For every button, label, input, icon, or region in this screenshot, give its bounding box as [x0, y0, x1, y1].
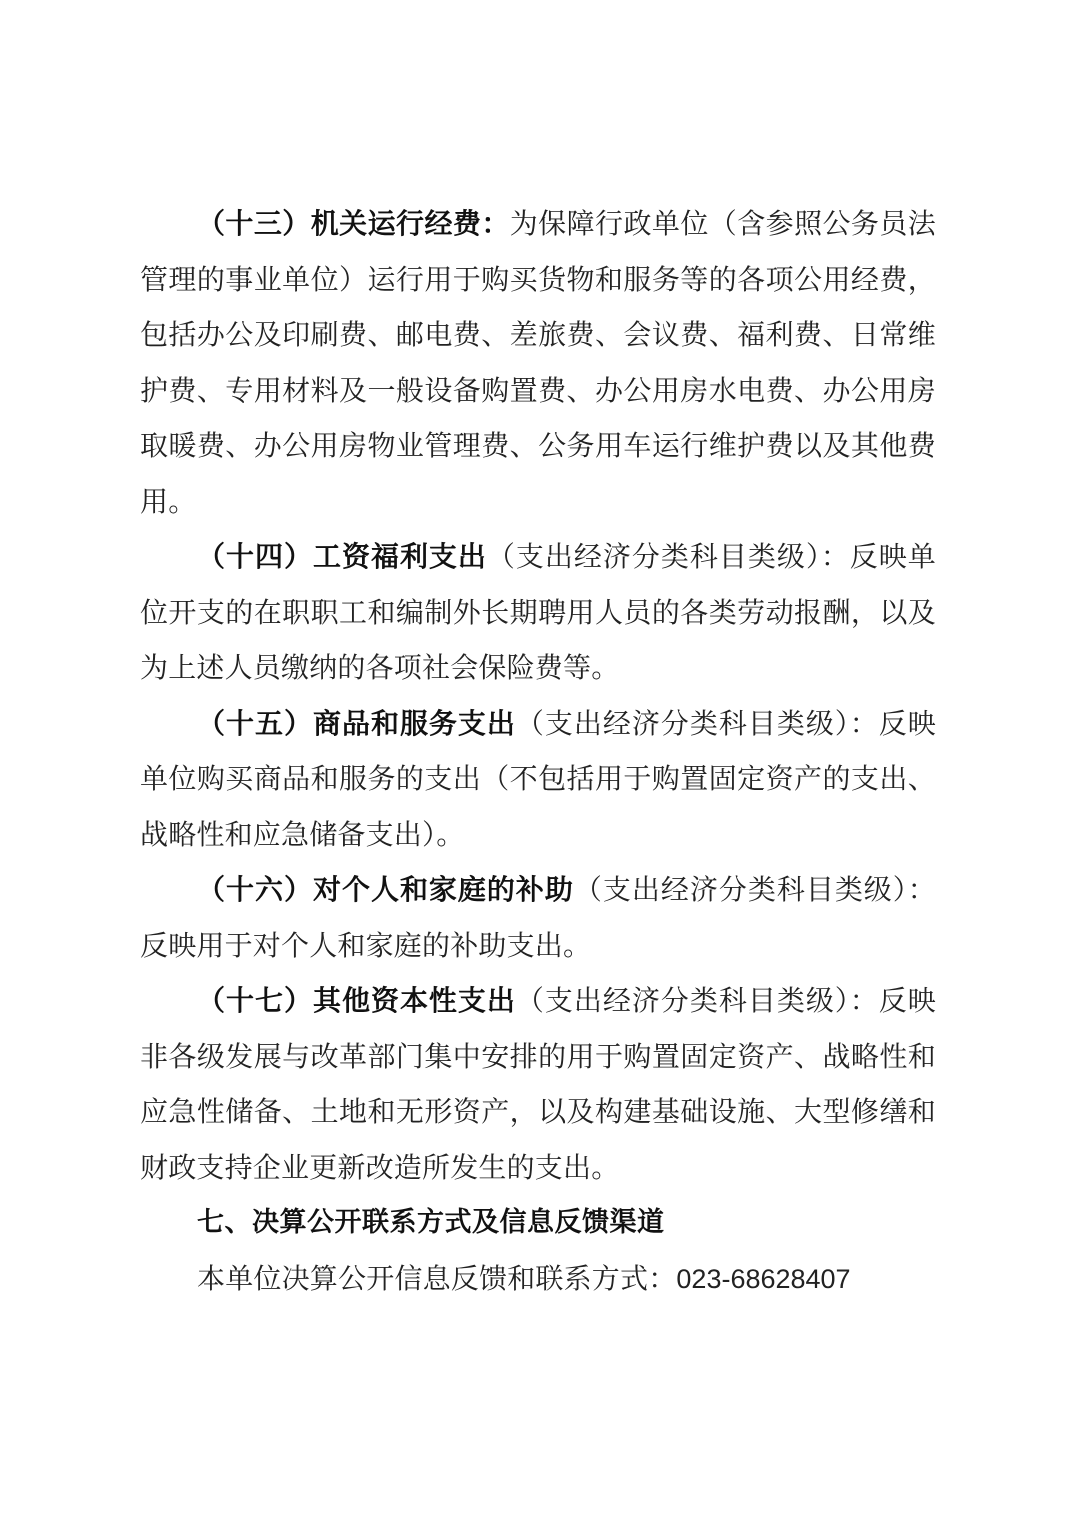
item-label: （十六）对个人和家庭的补助: [197, 873, 574, 906]
contact-phone: 023-68628407: [676, 1264, 850, 1294]
contact-line: 本单位决算公开信息反馈和联系方式：023-68628407: [140, 1251, 936, 1308]
paragraph-item-14: （十四）工资福利支出（支出经济分类科目类级）：反映单位开支的在职职工和编制外长期…: [140, 529, 936, 696]
contact-label: 本单位决算公开信息反馈和联系方式：: [197, 1262, 676, 1295]
paragraph-item-17: （十七）其他资本性支出（支出经济分类科目类级）：反映非各级发展与改革部门集中安排…: [140, 973, 936, 1195]
document-page: （十三）机关运行经费：为保障行政单位（含参照公务员法管理的事业单位）运行用于购买…: [140, 196, 936, 1307]
paragraph-item-15: （十五）商品和服务支出（支出经济分类科目类级）：反映单位购买商品和服务的支出（不…: [140, 696, 936, 863]
item-label: （十三）机关运行经费：: [197, 207, 510, 240]
item-text: 为保障行政单位（含参照公务员法管理的事业单位）运行用于购买货物和服务等的各项公用…: [140, 207, 936, 518]
item-label: （十四）工资福利支出: [197, 540, 487, 573]
paragraph-item-16: （十六）对个人和家庭的补助（支出经济分类科目类级）：反映用于对个人和家庭的补助支…: [140, 862, 936, 973]
item-label: （十七）其他资本性支出: [197, 984, 516, 1017]
section-heading-contact: 七、决算公开联系方式及信息反馈渠道: [140, 1195, 936, 1251]
paragraph-item-13: （十三）机关运行经费：为保障行政单位（含参照公务员法管理的事业单位）运行用于购买…: [140, 196, 936, 529]
item-label: （十五）商品和服务支出: [197, 707, 516, 740]
